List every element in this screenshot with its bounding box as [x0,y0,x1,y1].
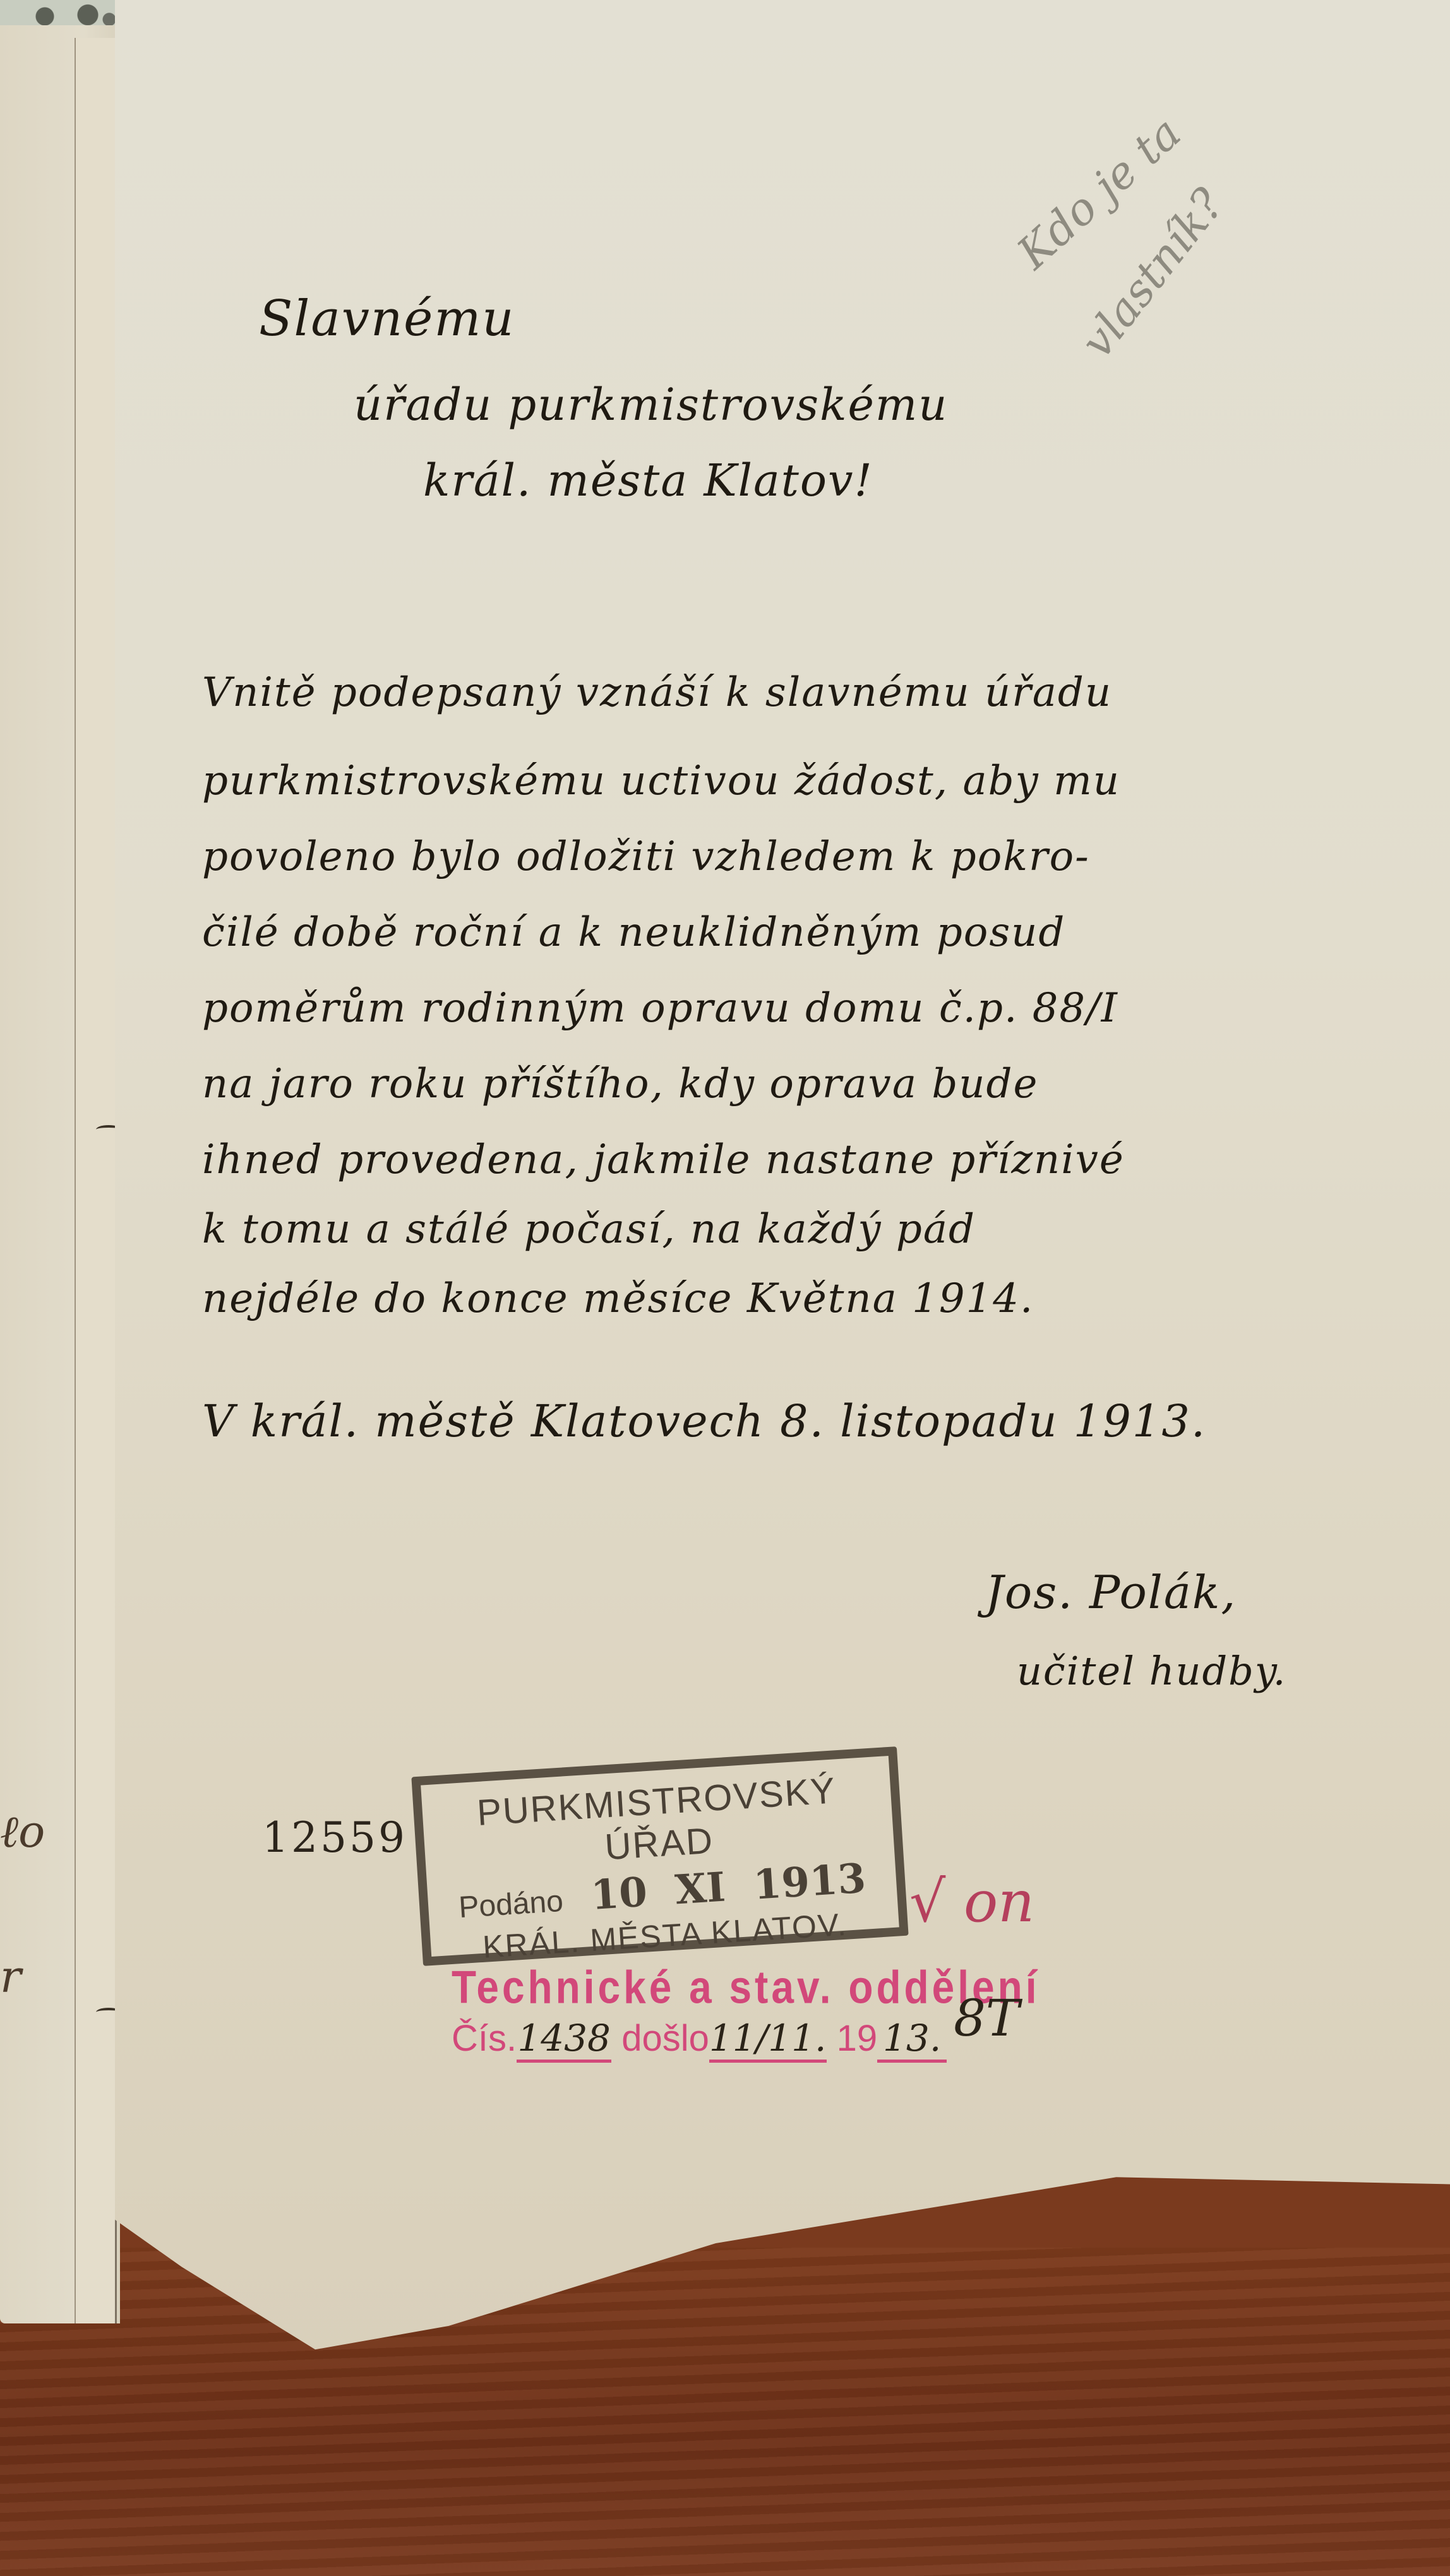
body-line: poměrům rodinným opravu domu č.p. 88/I [202,985,1118,1032]
salutation-line-1: Slavnému [259,290,515,347]
signature-title: učitel hudby. [1017,1648,1286,1694]
year-value: 13. [877,2017,947,2063]
left-page-fragment: ℓo [0,1806,45,1858]
stamp-date-label: Podáno [458,1885,565,1924]
number-value: 1438 [517,2017,611,2063]
red-pencil-mark: √ on [909,1869,1034,1935]
department-stamp-row: Čís.1438 došlo11/11. 1913. [452,2017,1040,2063]
body-line: ihned provedena, jakmile nastane přízniv… [202,1136,1125,1183]
place-date: V král. městě Klatovech 8. listopadu 191… [202,1395,1206,1447]
body-line: nejdéle do konce měsíce Května 1914. [202,1275,1034,1322]
department-stamp-title: Technické a stav. oddělení [452,1960,1040,2013]
body-line: k tomu a stálé počasí, na každý pád [202,1206,976,1253]
number-label: Čís. [452,2018,517,2059]
body-line: Vnitě podepsaný vznáší k slavnému úřadu [202,669,1112,716]
ink-mark: 8T [954,1989,1019,2048]
received-value: 11/11. [709,2017,827,2063]
body-line: čilé době roční a k neuklidněným posud [202,909,1065,956]
signature-name: Jos. Polák, [985,1566,1237,1619]
body-line: purkmistrovskému uctivou žádost, aby mu [202,758,1120,804]
stamp-month: XI [674,1864,727,1914]
salutation-line-3: král. města Klatov! [423,455,873,506]
department-stamp: Technické a stav. oddělení Čís.1438 došl… [452,1964,1040,2063]
office-receipt-stamp: PURKMISTROVSKÝ ÚŘAD Podáno 10 XI 1913 KR… [411,1746,908,1966]
left-page-fragment: r [0,1951,21,2003]
wooden-table-surface [0,2248,1450,2576]
stamp-day: 10 [589,1868,649,1919]
year-prefix: 19 [837,2018,878,2059]
received-label: došlo [621,2018,709,2059]
stamp-year: 1913 [752,1855,867,1909]
binding-strip [75,38,117,2323]
body-line: povoleno bylo odložiti vzhledem k pokro- [202,833,1090,880]
registry-number: 12559 [262,1813,407,1862]
body-line: na jaro roku příštího, kdy oprava bude [202,1061,1038,1107]
salutation-line-2: úřadu purkmistrovskému [354,379,948,431]
